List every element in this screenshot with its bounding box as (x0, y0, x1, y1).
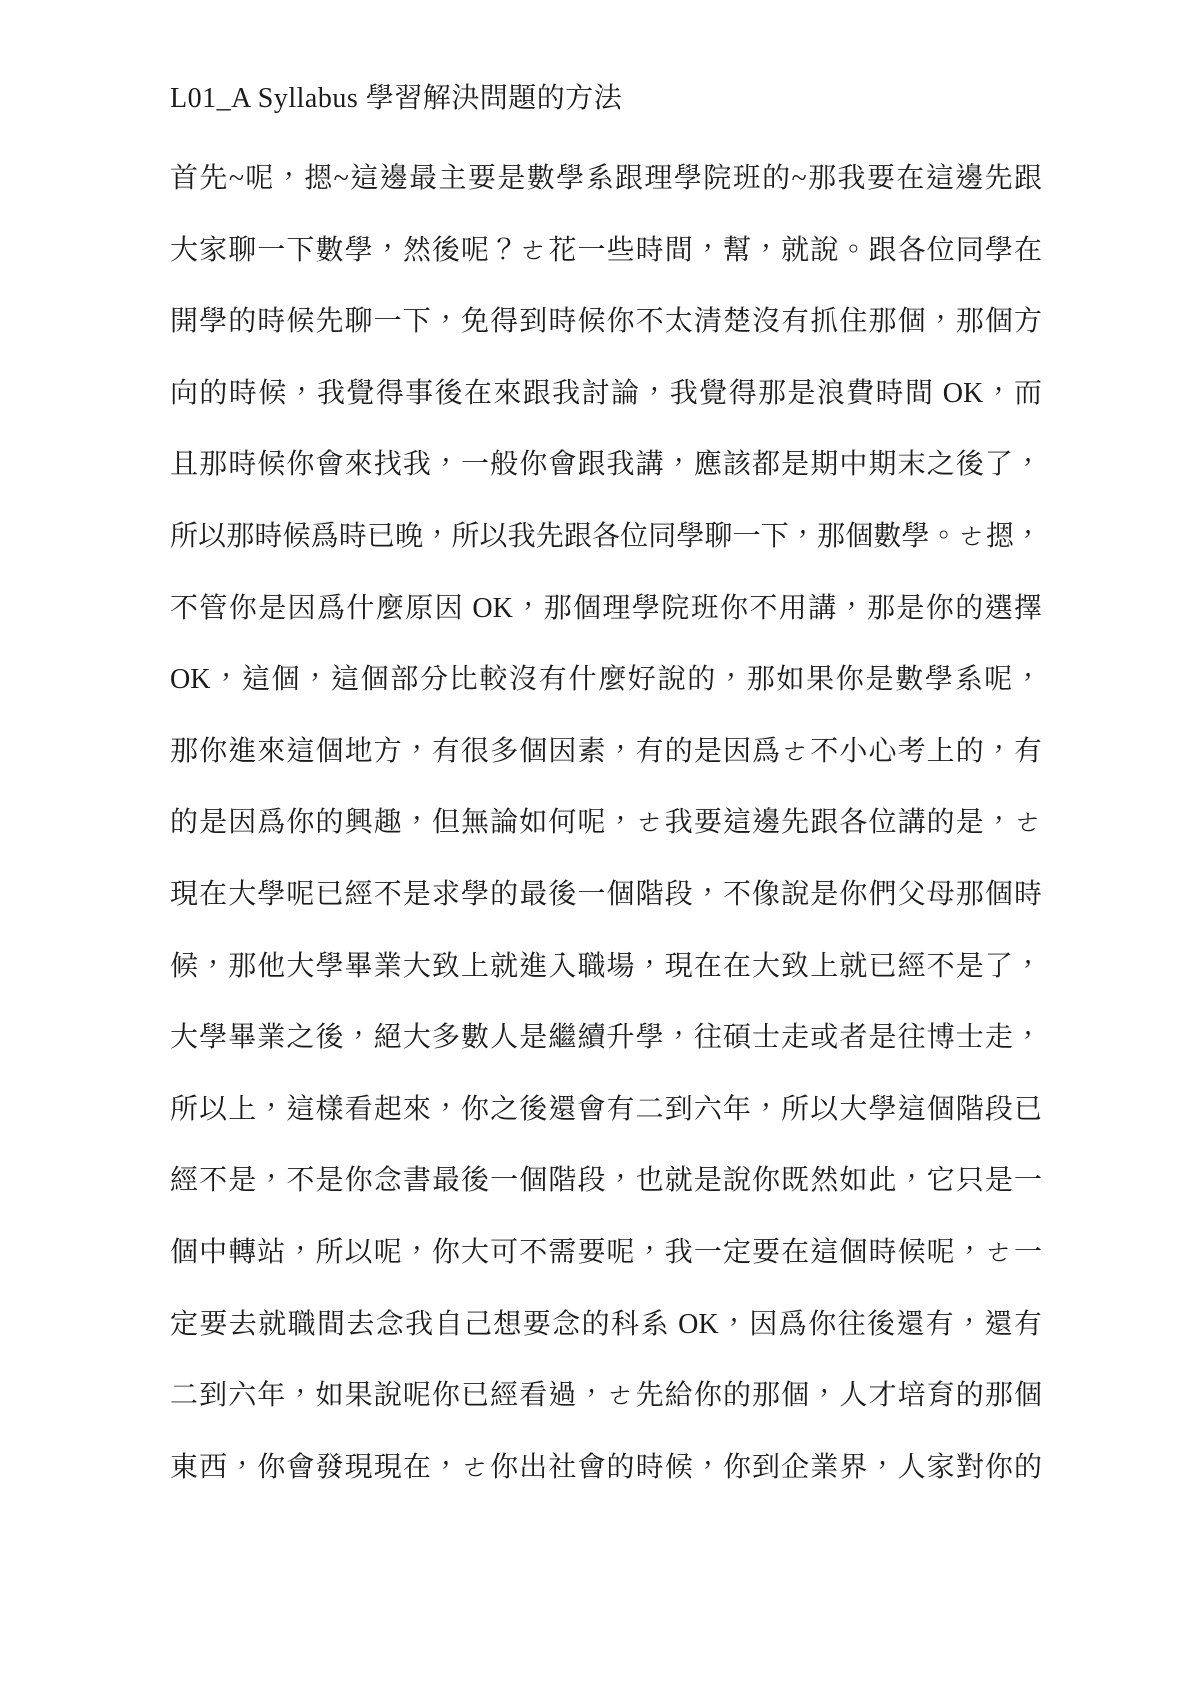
paragraph-line: 的是因爲你的興趣，但無論如何呢，ㄜ我要這邊先跟各位講的是，ㄜ (170, 787, 1042, 859)
paragraph-line: 二到六年，如果說呢你已經看過，ㄜ先給你的那個，人才培育的那個 (170, 1360, 1042, 1432)
paragraph-line: 且那時候你會來找我，一般你會跟我講，應該都是期中期末之後了， (170, 429, 1042, 501)
paragraph-line: 所以上，這樣看起來，你之後還會有二到六年，所以大學這個階段已 (170, 1074, 1042, 1146)
paragraph-line: 開學的時候先聊一下，免得到時候你不太清楚沒有抓住那個，那個方 (170, 286, 1042, 358)
paragraph-line: 大學畢業之後，絕大多數人是繼續升學，往碩士走或者是往博士走， (170, 1002, 1042, 1074)
paragraph-line: 首先~呢，摁~這邊最主要是數學系跟理學院班的~那我要在這邊先跟 (170, 143, 1042, 215)
paragraph-line: 那你進來這個地方，有很多個因素，有的是因爲ㄜ不小心考上的，有 (170, 716, 1042, 788)
paragraph-line: 向的時候，我覺得事後在來跟我討論，我覺得那是浪費時間 OK，而 (170, 358, 1042, 430)
paragraph-line: 大家聊一下數學，然後呢？ㄜ花一些時間，幫，就說。跟各位同學在 (170, 215, 1042, 287)
paragraph-line: 個中轉站，所以呢，你大可不需要呢，我一定要在這個時候呢，ㄜ一 (170, 1217, 1042, 1289)
document-title: L01_A Syllabus 學習解決問題的方法 (170, 82, 622, 116)
paragraph-line: 經不是，不是你念書最後一個階段，也就是說你既然如此，它只是一 (170, 1145, 1042, 1217)
paragraph-line: OK，這個，這個部分比較沒有什麼好說的，那如果你是數學系呢， (170, 644, 1042, 716)
paragraph-line: 候，那他大學畢業大致上就進入職場，現在在大致上就已經不是了， (170, 931, 1042, 1003)
paragraph-line: 所以那時候爲時已晚，所以我先跟各位同學聊一下，那個數學。ㄜ摁， (170, 501, 1042, 573)
paragraph-line: 東西，你會發現現在，ㄜ你出社會的時候，你到企業界，人家對你的 (170, 1432, 1042, 1504)
paragraph-line: 定要去就職間去念我自己想要念的科系 OK，因爲你往後還有，還有 (170, 1289, 1042, 1361)
document-page: L01_A Syllabus 學習解決問題的方法 首先~呢，摁~這邊最主要是數學… (0, 0, 1191, 1684)
transcript-body: 首先~呢，摁~這邊最主要是數學系跟理學院班的~那我要在這邊先跟 大家聊一下數學，… (170, 143, 1042, 1503)
paragraph-line: 不管你是因爲什麼原因 OK，那個理學院班你不用講，那是你的選擇 (170, 573, 1042, 645)
paragraph-line: 現在大學呢已經不是求學的最後一個階段，不像說是你們父母那個時 (170, 859, 1042, 931)
